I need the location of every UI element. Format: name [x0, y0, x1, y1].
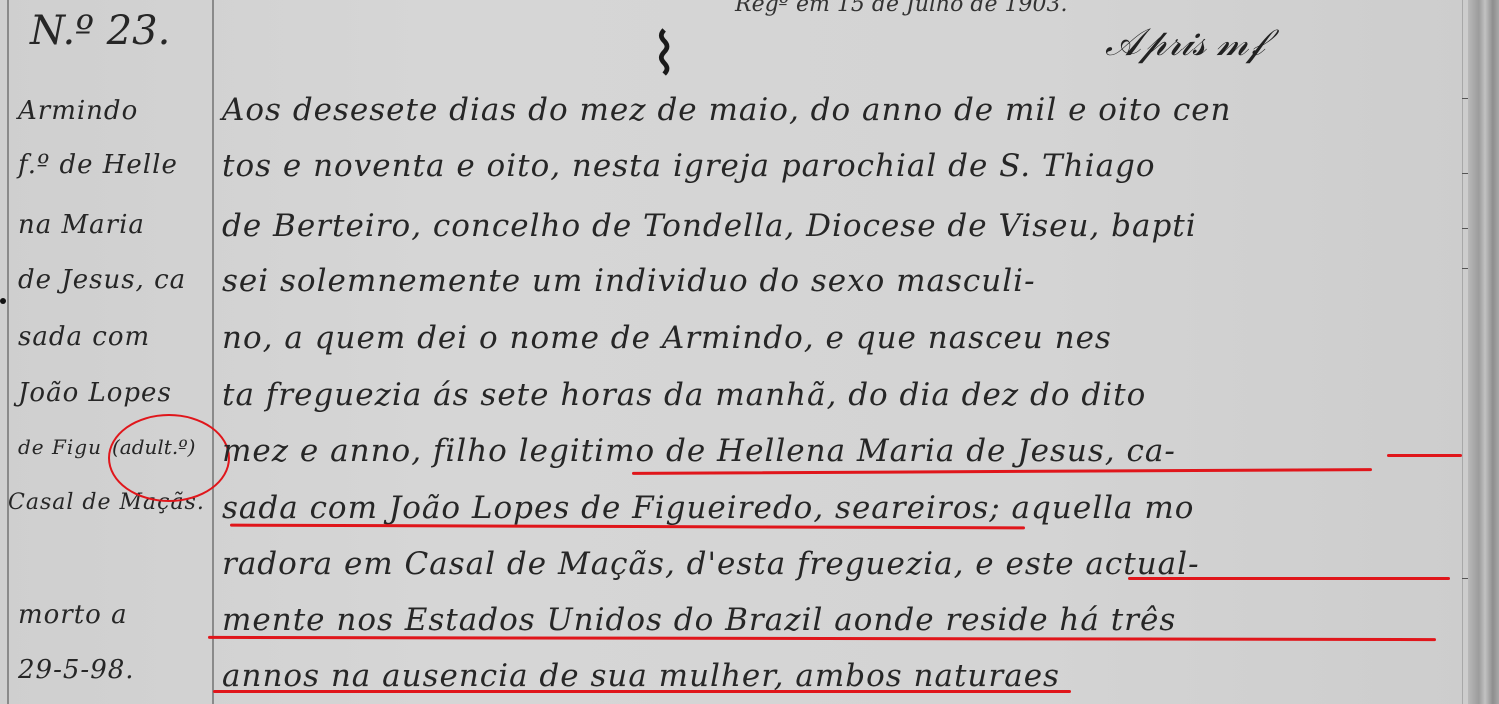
red-underline — [1128, 577, 1450, 580]
registration-annotation: Regº em 15 de Julho de 1903. — [735, 0, 1067, 17]
body-line: sei solemnemente um individuo do sexo ma… — [222, 263, 1036, 299]
red-underline — [213, 690, 1071, 693]
red-underline — [1387, 454, 1462, 457]
body-line: sada com João Lopes de Figueiredo, seare… — [222, 490, 1194, 526]
margin-line: na Maria — [18, 210, 145, 240]
entry-number: N.º 23. — [30, 8, 170, 54]
margin-line: João Lopes — [18, 378, 172, 408]
ink-mark — [0, 298, 6, 304]
margin-line: Armindo — [18, 96, 138, 126]
body-line: annos na ausencia de sua mulher, ambos n… — [222, 658, 1060, 694]
body-line: Aos desesete dias do mez de maio, do ann… — [222, 92, 1232, 128]
body-line: ta freguezia ás sete horas da manhã, do … — [222, 377, 1146, 413]
margin-line: f.º de Helle — [18, 150, 178, 180]
margin-line: de Jesus, ca — [18, 265, 186, 295]
brace-mark-icon: ⌇ — [650, 20, 678, 88]
red-underline — [208, 636, 1436, 641]
body-line: de Berteiro, concelho de Tondella, Dioce… — [222, 208, 1197, 244]
body-line: mez e anno, filho legitimo de Hellena Ma… — [222, 433, 1176, 469]
left-border-rule — [7, 0, 9, 704]
margin-line: 29-5-98. — [18, 655, 135, 685]
book-binding-edge — [1468, 0, 1499, 704]
signature: 𝒜𝓅𝓇𝒾𝓈 𝓂𝒻 — [1105, 20, 1263, 65]
body-line: radora em Casal de Maçãs, d'esta freguez… — [222, 546, 1200, 582]
register-page: N.º 23. Regº em 15 de Julho de 1903. ⌇ 𝒜… — [0, 0, 1468, 704]
body-line: tos e noventa e oito, nesta igreja paroc… — [222, 148, 1156, 184]
margin-line: de Figu — [18, 435, 102, 459]
red-underline — [632, 468, 1372, 475]
body-line: no, a quem dei o nome de Armindo, e que … — [222, 320, 1112, 356]
margin-line: morto a — [18, 600, 128, 630]
margin-line: sada com — [18, 322, 150, 352]
margin-divider-rule — [212, 0, 214, 704]
red-circle-annotation — [108, 414, 230, 502]
body-line: mente nos Estados Unidos do Brazil aonde… — [222, 602, 1176, 638]
right-border-rule — [1462, 0, 1463, 704]
